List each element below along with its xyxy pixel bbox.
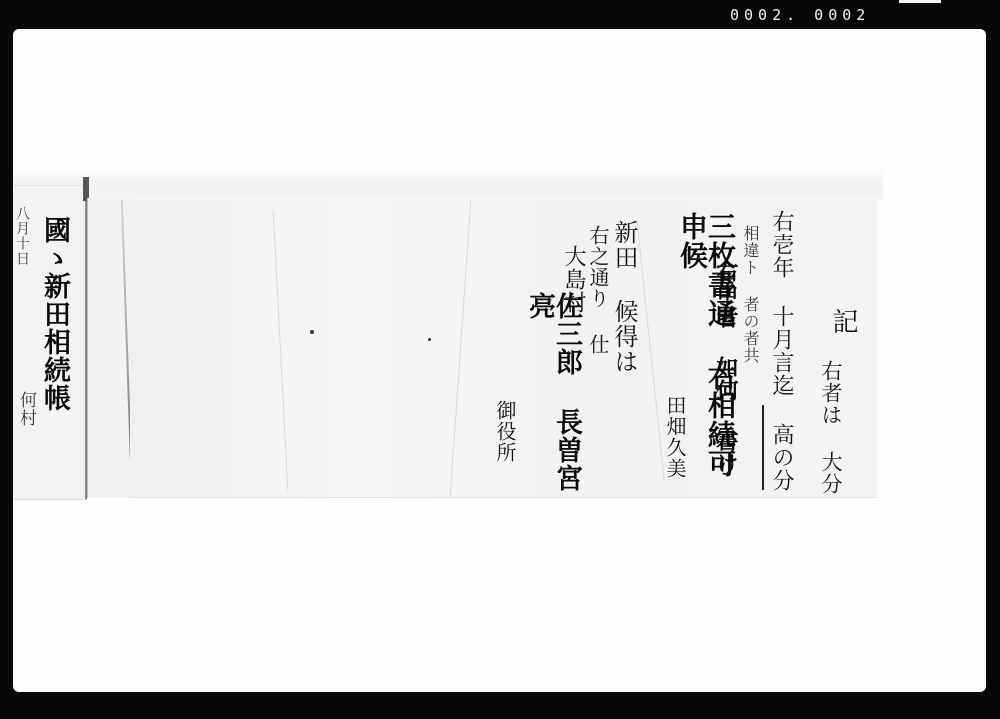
document-column: 佐三郎 長曽宮亮 <box>526 292 580 497</box>
paper-crease <box>273 210 289 490</box>
ink-speck <box>428 338 431 341</box>
ink-speck <box>310 330 314 334</box>
main-document-sheet: 記 右者は 大分 右壱年 十月言迄 高の分 相違ト 者の者共 右申者 如何 書け… <box>130 200 877 498</box>
document-column: 相違ト 者の者共 <box>742 225 758 364</box>
paper-shadow-band <box>13 170 883 200</box>
frame-counter: 0002. 0002 <box>730 6 870 24</box>
document-column: 右之通り 仕 <box>588 225 608 355</box>
frame-marker <box>899 0 941 3</box>
document-column: 新田 候得は <box>612 220 636 374</box>
document-column: 右者は 大分 <box>820 360 841 495</box>
ink-stroke <box>762 405 764 490</box>
document-column: 御役所 <box>495 400 515 463</box>
cover-sheet: 國ゝ新田相続帳 八月十日 何村 <box>13 185 87 500</box>
microfilm-frame: 0002. 0002 國ゝ新田相続帳 八月十日 何村 記 右者は 大分 右壱年 … <box>0 0 1000 719</box>
document-heading: 記 <box>830 308 856 335</box>
paper-crease <box>450 200 472 497</box>
cover-title: 國ゝ新田相続帳 <box>41 216 68 412</box>
paper-crease <box>636 220 664 480</box>
document-column: 右壱年 十月言迄 高の分 <box>770 210 792 492</box>
cover-village-note: 何村 <box>17 391 34 427</box>
cover-date-note: 八月十日 <box>15 206 29 266</box>
document-column: 田畑久美 <box>665 395 685 479</box>
